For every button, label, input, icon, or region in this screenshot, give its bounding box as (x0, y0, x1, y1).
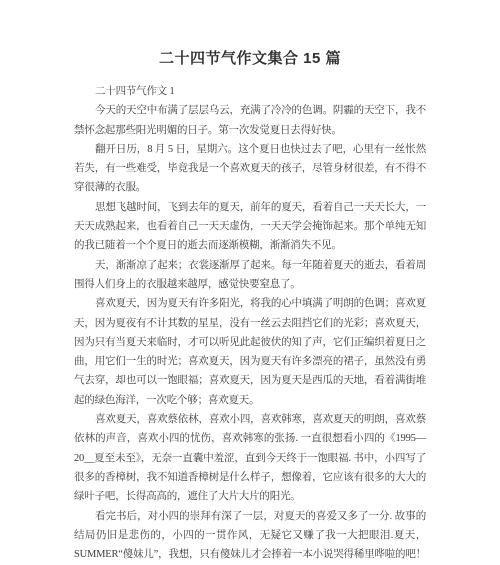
paragraph-6: 喜欢夏天，喜欢蔡依林，喜欢小四，喜欢韩寒，喜欢夏天的明朗，喜欢蔡依林的声音，喜欢… (74, 410, 426, 506)
paragraph-1: 今天的天空中布满了层层乌云，充满了冷冷的色调。阴霾的天空下，我不禁怀念起那些阳光… (74, 101, 426, 140)
paragraph-4: 天，渐渐凉了起来；衣裳逐渐厚了起来。每一年随着夏天的逝去，看着周围得人们身上的衣… (74, 256, 426, 295)
paragraph-7: 看完书后，对小四的崇拜有深了一层，对夏天的喜爱又多了一分. 故事的结局仍旧是悲伤… (74, 507, 426, 565)
section-heading: 二十四节气作文 1 (74, 82, 426, 101)
paragraph-5: 喜欢夏天，因为夏天有许多阳光，将我的心中填满了明朗的色调；喜欢夏天，因为夏夜有不… (74, 294, 426, 410)
document-body: 二十四节气作文 1 今天的天空中布满了层层乌云，充满了冷冷的色调。阴霾的天空下，… (74, 82, 426, 564)
paragraph-3: 思想飞越时间，飞到去年的夏天，前年的夏天，看着自己一天天长大，一天天成熟起来，也… (74, 198, 426, 256)
paragraph-2: 翻开日历，8 月 5 日，星期六。这个夏日也快过去了吧，心里有一丝怅然若失，有一… (74, 140, 426, 198)
document-title: 二十四节气作文集合 15 篇 (0, 0, 500, 68)
document-page: 二十四节气作文集合 15 篇 二十四节气作文 1 今天的天空中布满了层层乌云，充… (0, 0, 500, 565)
